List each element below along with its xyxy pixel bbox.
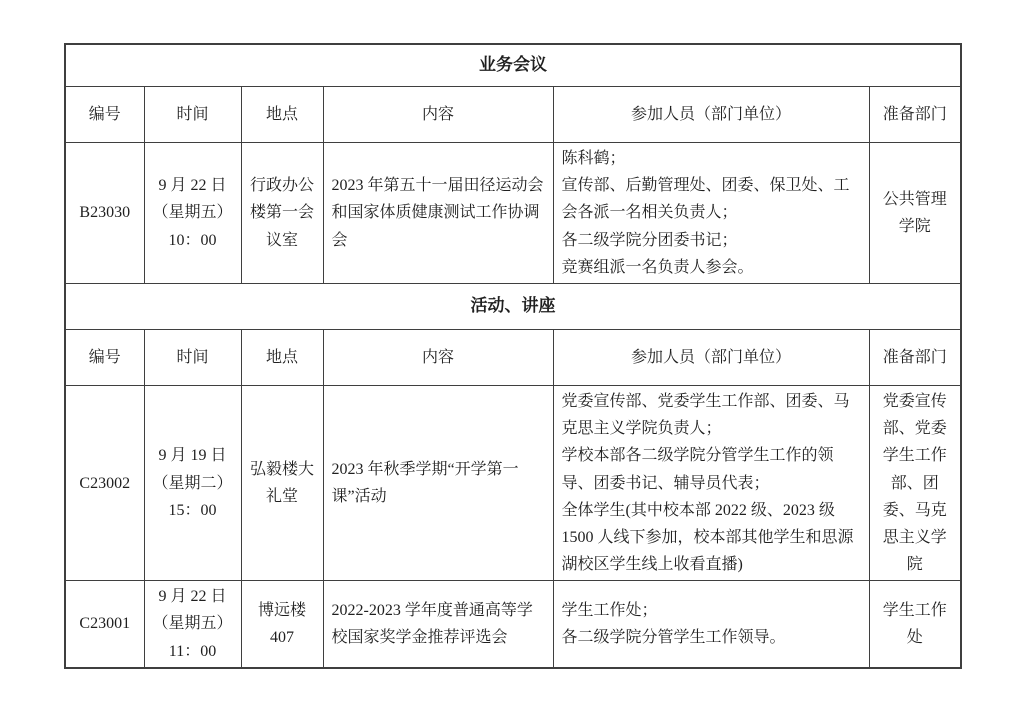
section-row-activities-lectures: 活动、讲座 (65, 283, 961, 329)
section-row-business-meetings: 业务会议 (65, 44, 961, 87)
column-header-time: 时间 (144, 329, 241, 385)
header-row-1: 编号 时间 地点 内容 参加人员（部门单位） 准备部门 (65, 87, 961, 143)
column-header-id: 编号 (65, 87, 144, 143)
cell-department: 党委宣传部、党委学生工作部、团委、马克思主义学院 (869, 385, 961, 580)
section-title-business-meetings: 业务会议 (65, 44, 961, 87)
column-header-location: 地点 (241, 87, 323, 143)
cell-time: 9 月 19 日 （星期二） 15：00 (144, 385, 241, 580)
cell-participants: 党委宣传部、党委学生工作部、团委、马克思主义学院负责人； 学校本部各二级学院分管… (553, 385, 869, 580)
header-row-2: 编号 时间 地点 内容 参加人员（部门单位） 准备部门 (65, 329, 961, 385)
table-row-b23030: B23030 9 月 22 日 （星期五） 10：00 行政办公楼第一会议室 2… (65, 143, 961, 284)
cell-id: C23001 (65, 581, 144, 668)
cell-location: 行政办公楼第一会议室 (241, 143, 323, 284)
section-title-activities-lectures: 活动、讲座 (65, 283, 961, 329)
cell-time: 9 月 22 日 （星期五） 10：00 (144, 143, 241, 284)
cell-content: 2022-2023 学年度普通高等学校国家奖学金推荐评选会 (323, 581, 553, 668)
cell-content: 2023 年秋季学期“开学第一课”活动 (323, 385, 553, 580)
cell-department: 公共管理学院 (869, 143, 961, 284)
column-header-participants: 参加人员（部门单位） (553, 329, 869, 385)
column-header-department: 准备部门 (869, 329, 961, 385)
cell-id: C23002 (65, 385, 144, 580)
table-row-c23001: C23001 9 月 22 日 （星期五） 11：00 博远楼 407 2022… (65, 581, 961, 668)
cell-content: 2023 年第五十一届田径运动会和国家体质健康测试工作协调会 (323, 143, 553, 284)
cell-participants: 陈科鹤； 宣传部、后勤管理处、团委、保卫处、工会各派一名相关负责人； 各二级学院… (553, 143, 869, 284)
table-row-c23002: C23002 9 月 19 日 （星期二） 15：00 弘毅楼大礼堂 2023 … (65, 385, 961, 580)
column-header-participants: 参加人员（部门单位） (553, 87, 869, 143)
column-header-content: 内容 (323, 87, 553, 143)
cell-participants: 学生工作处； 各二级学院分管学生工作领导。 (553, 581, 869, 668)
cell-time: 9 月 22 日 （星期五） 11：00 (144, 581, 241, 668)
column-header-location: 地点 (241, 329, 323, 385)
column-header-department: 准备部门 (869, 87, 961, 143)
cell-location: 博远楼 407 (241, 581, 323, 668)
meeting-schedule-table: 业务会议 编号 时间 地点 内容 参加人员（部门单位） 准备部门 B23030 … (64, 43, 962, 669)
cell-id: B23030 (65, 143, 144, 284)
cell-location: 弘毅楼大礼堂 (241, 385, 323, 580)
column-header-id: 编号 (65, 329, 144, 385)
column-header-time: 时间 (144, 87, 241, 143)
document-page: 业务会议 编号 时间 地点 内容 参加人员（部门单位） 准备部门 B23030 … (0, 0, 1024, 724)
column-header-content: 内容 (323, 329, 553, 385)
cell-department: 学生工作处 (869, 581, 961, 668)
